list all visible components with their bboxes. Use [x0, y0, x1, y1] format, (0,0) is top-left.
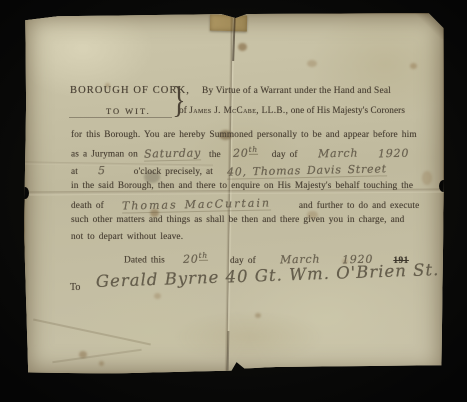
- tape-fragment: [210, 15, 247, 32]
- stain: [307, 60, 317, 67]
- line2-printed: as a Juryman on: [71, 150, 138, 160]
- line5-rest: and further to do and execute: [299, 201, 420, 211]
- stain: [410, 63, 417, 69]
- dated-day-number: 20: [183, 253, 199, 266]
- folded-corner-shadow: [416, 13, 444, 39]
- line2-the: the: [209, 150, 221, 160]
- dated-label: Dated this: [124, 256, 165, 266]
- handwritten-venue: 40, Thomas Davis Street: [227, 162, 387, 179]
- dated-dayof: day of: [230, 256, 256, 266]
- line3-at: at: [71, 167, 78, 177]
- to-wit-label: TO WIT.: [106, 106, 151, 116]
- stain: [422, 171, 432, 185]
- body-line-6: such other matters and things as shall b…: [71, 215, 404, 225]
- stain: [154, 293, 161, 299]
- handwritten-date: 20th: [233, 145, 258, 160]
- body-line-5: death of Thomas MacCurtain and further t…: [71, 198, 419, 212]
- body-line-7: not to depart without leave.: [71, 232, 183, 242]
- date-ordinal: th: [248, 145, 258, 155]
- addressee-line: To Gerald Byrne 40 Gt. Wm. O'Brien St.: [70, 271, 440, 291]
- handwritten-hour: 5: [98, 164, 106, 177]
- wrinkle: [52, 349, 141, 364]
- date-number: 20: [233, 147, 249, 160]
- to-wit-rule: [69, 117, 172, 118]
- coroner-name: James J. McCabe, LL.B.,: [189, 105, 288, 115]
- warrant-line: By Virtue of a Warrant under the Hand an…: [202, 86, 391, 96]
- stain: [255, 313, 261, 318]
- line2-dayof: day of: [272, 150, 298, 160]
- body-line-3: at 5 o'clock precisely, at 40, Thomas Da…: [71, 164, 387, 178]
- handwritten-month: March: [318, 146, 359, 160]
- coroner-line: of James J. McCabe, LL.B., one of His Ma…: [179, 105, 405, 115]
- fold-crease-top: [232, 13, 236, 61]
- body-line-1: for this Borough. You are hereby Summone…: [71, 130, 417, 140]
- water-stain: [174, 311, 324, 363]
- wrinkle: [33, 319, 151, 346]
- handwritten-deceased-name: Thomas MacCurtain: [122, 196, 271, 213]
- stain: [99, 361, 104, 366]
- handwritten-year: 1920: [378, 146, 409, 160]
- dated-day-ordinal: th: [198, 251, 208, 261]
- photo-background: BOROUGH OF CORK, } TO WIT. By Virtue of …: [0, 0, 467, 402]
- line3-printed: o'clock precisely, at: [134, 167, 213, 177]
- body-line-4: in the said Borough, then and there to e…: [71, 181, 413, 191]
- body-line-2: as a Juryman on Saturday the 20th day of…: [71, 145, 409, 161]
- handwritten-day-name: Saturday: [144, 146, 201, 161]
- coroner-line-rest: one of His Majesty's Coroners: [291, 105, 405, 115]
- edge-tear-right: [439, 180, 448, 192]
- summons-document: BOROUGH OF CORK, } TO WIT. By Virtue of …: [24, 13, 444, 375]
- edge-tear-left: [21, 187, 29, 199]
- stain: [238, 43, 247, 51]
- handwritten-dated-day: 20th: [183, 251, 208, 266]
- coroner-line-of: of: [179, 105, 187, 115]
- line5-printed: death of: [71, 201, 104, 211]
- to-label: To: [70, 282, 80, 293]
